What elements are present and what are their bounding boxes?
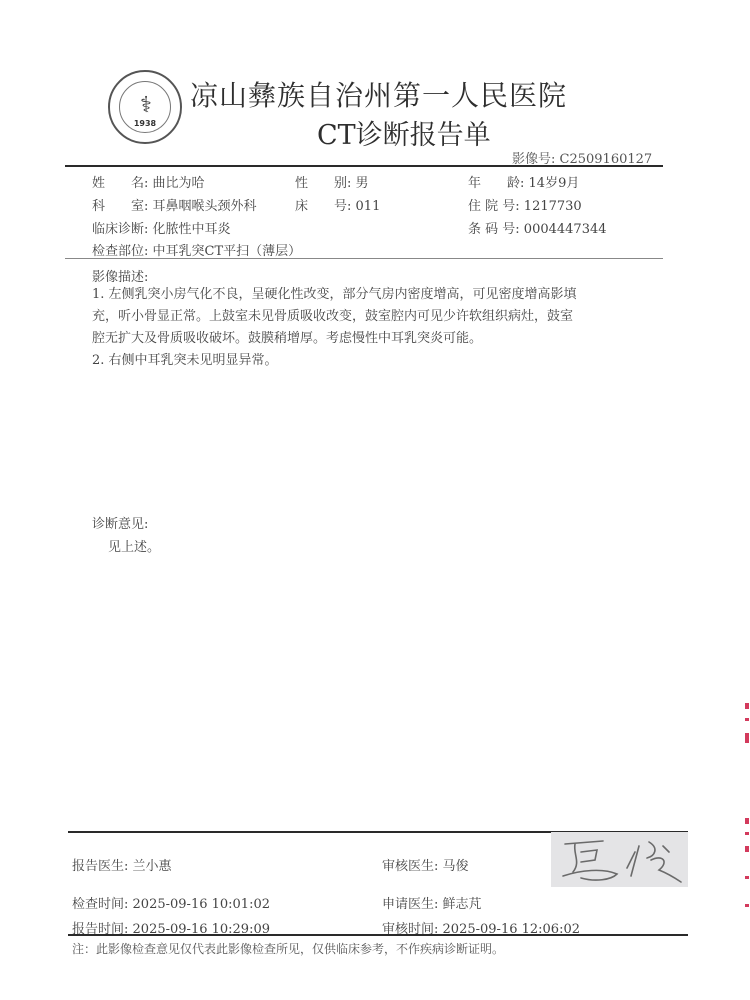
findings-text: 1. 左侧乳突小房气化不良，呈硬化性改变，部分气房内密度增高，可见密度增高影填 … xyxy=(92,284,692,372)
bed-label: 床 号: xyxy=(295,199,351,214)
header-divider xyxy=(65,165,663,167)
impression-text: 见上述。 xyxy=(108,536,160,555)
hospital-name: 凉山彝族自治州第一人民医院 xyxy=(190,74,567,114)
request-doctor-label: 申请医生: xyxy=(382,897,438,912)
disclaimer: 注：此影像检查意见仅代表此影像检查所见，仅供临床参考，不作疾病诊断证明。 xyxy=(72,940,504,957)
findings-line: 腔无扩大及骨质吸收破坏。鼓膜稍增厚。考虑慢性中耳乳突炎可能。 xyxy=(92,328,692,350)
patient-age: 14岁9月 xyxy=(529,176,580,191)
footer-bottom-divider xyxy=(68,934,688,936)
dept-row: 科 室: 耳鼻咽喉头颈外科 xyxy=(92,195,257,214)
scan-edge-marks xyxy=(745,0,749,1000)
exam-site-label: 检查部位: xyxy=(92,244,148,259)
findings-line: 2. 右侧中耳乳突未见明显异常。 xyxy=(92,350,692,372)
review-doctor-label: 审核医生: xyxy=(382,859,438,874)
clinical-dx-value: 化脓性中耳炎 xyxy=(153,222,231,237)
barcode-label: 条 码 号: xyxy=(468,222,520,237)
exam-time-label: 检查时间: xyxy=(72,897,128,912)
findings-title: 影像描述: xyxy=(92,266,148,285)
request-doctor-value: 鲜志芃 xyxy=(443,897,482,912)
dept-label: 科 室: xyxy=(92,199,148,214)
findings-line: 充，听小骨显正常。上鼓室未见骨质吸收改变，鼓室腔内可见少许软组织病灶，鼓室 xyxy=(92,306,692,328)
patient-name-row: 姓 名: 曲比为哈 xyxy=(92,172,205,191)
patient-sex-row: 性 别: 男 xyxy=(295,172,369,191)
exam-site-row: 检查部位: 中耳乳突CT平扫（薄层） xyxy=(92,240,301,259)
barcode-row: 条 码 号: 0004447344 xyxy=(468,218,607,237)
reviewer-signature xyxy=(551,832,688,887)
report-doctor-row: 报告医生: 兰小惠 xyxy=(72,855,172,874)
clinical-dx-label: 临床诊断: xyxy=(92,222,148,237)
inpatient-row: 住 院 号: 1217730 xyxy=(468,195,582,214)
impression-title: 诊断意见: xyxy=(92,513,148,532)
bed-value: 011 xyxy=(356,199,381,214)
patient-sex: 男 xyxy=(356,176,369,191)
exam-site-value: 中耳乳突CT平扫（薄层） xyxy=(153,244,302,259)
name-label: 姓 名: xyxy=(92,176,148,191)
bed-row: 床 号: 011 xyxy=(295,195,380,214)
patient-name: 曲比为哈 xyxy=(153,176,205,191)
findings-line: 1. 左侧乳突小房气化不良，呈硬化性改变，部分气房内密度增高，可见密度增高影填 xyxy=(92,284,692,306)
exam-time-row: 检查时间: 2025-09-16 10:01:02 xyxy=(72,893,270,912)
report-title: CT诊断报告单 xyxy=(317,113,491,152)
clinical-dx-row: 临床诊断: 化脓性中耳炎 xyxy=(92,218,231,237)
patient-age-row: 年 龄: 14岁9月 xyxy=(468,172,579,191)
info-divider xyxy=(65,258,663,259)
inpatient-label: 住 院 号: xyxy=(468,199,520,214)
review-doctor-row: 审核医生: 马俊 xyxy=(382,855,469,874)
exam-time-value: 2025-09-16 10:01:02 xyxy=(133,897,270,912)
report-doctor-value: 兰小惠 xyxy=(133,859,172,874)
review-doctor-value: 马俊 xyxy=(443,859,469,874)
logo-year: 1938 xyxy=(110,119,180,128)
dept-value: 耳鼻咽喉头颈外科 xyxy=(153,199,257,214)
signature-scribble-icon xyxy=(551,832,688,887)
hospital-emblem-icon: ⚕ xyxy=(132,92,160,120)
sex-label: 性 别: xyxy=(295,176,351,191)
inpatient-value: 1217730 xyxy=(524,199,582,214)
report-doctor-label: 报告医生: xyxy=(72,859,128,874)
request-doctor-row: 申请医生: 鲜志芃 xyxy=(382,893,482,912)
hospital-logo: ⚕ 1938 xyxy=(108,70,182,144)
barcode-value: 0004447344 xyxy=(524,222,607,237)
age-label: 年 龄: xyxy=(468,176,524,191)
